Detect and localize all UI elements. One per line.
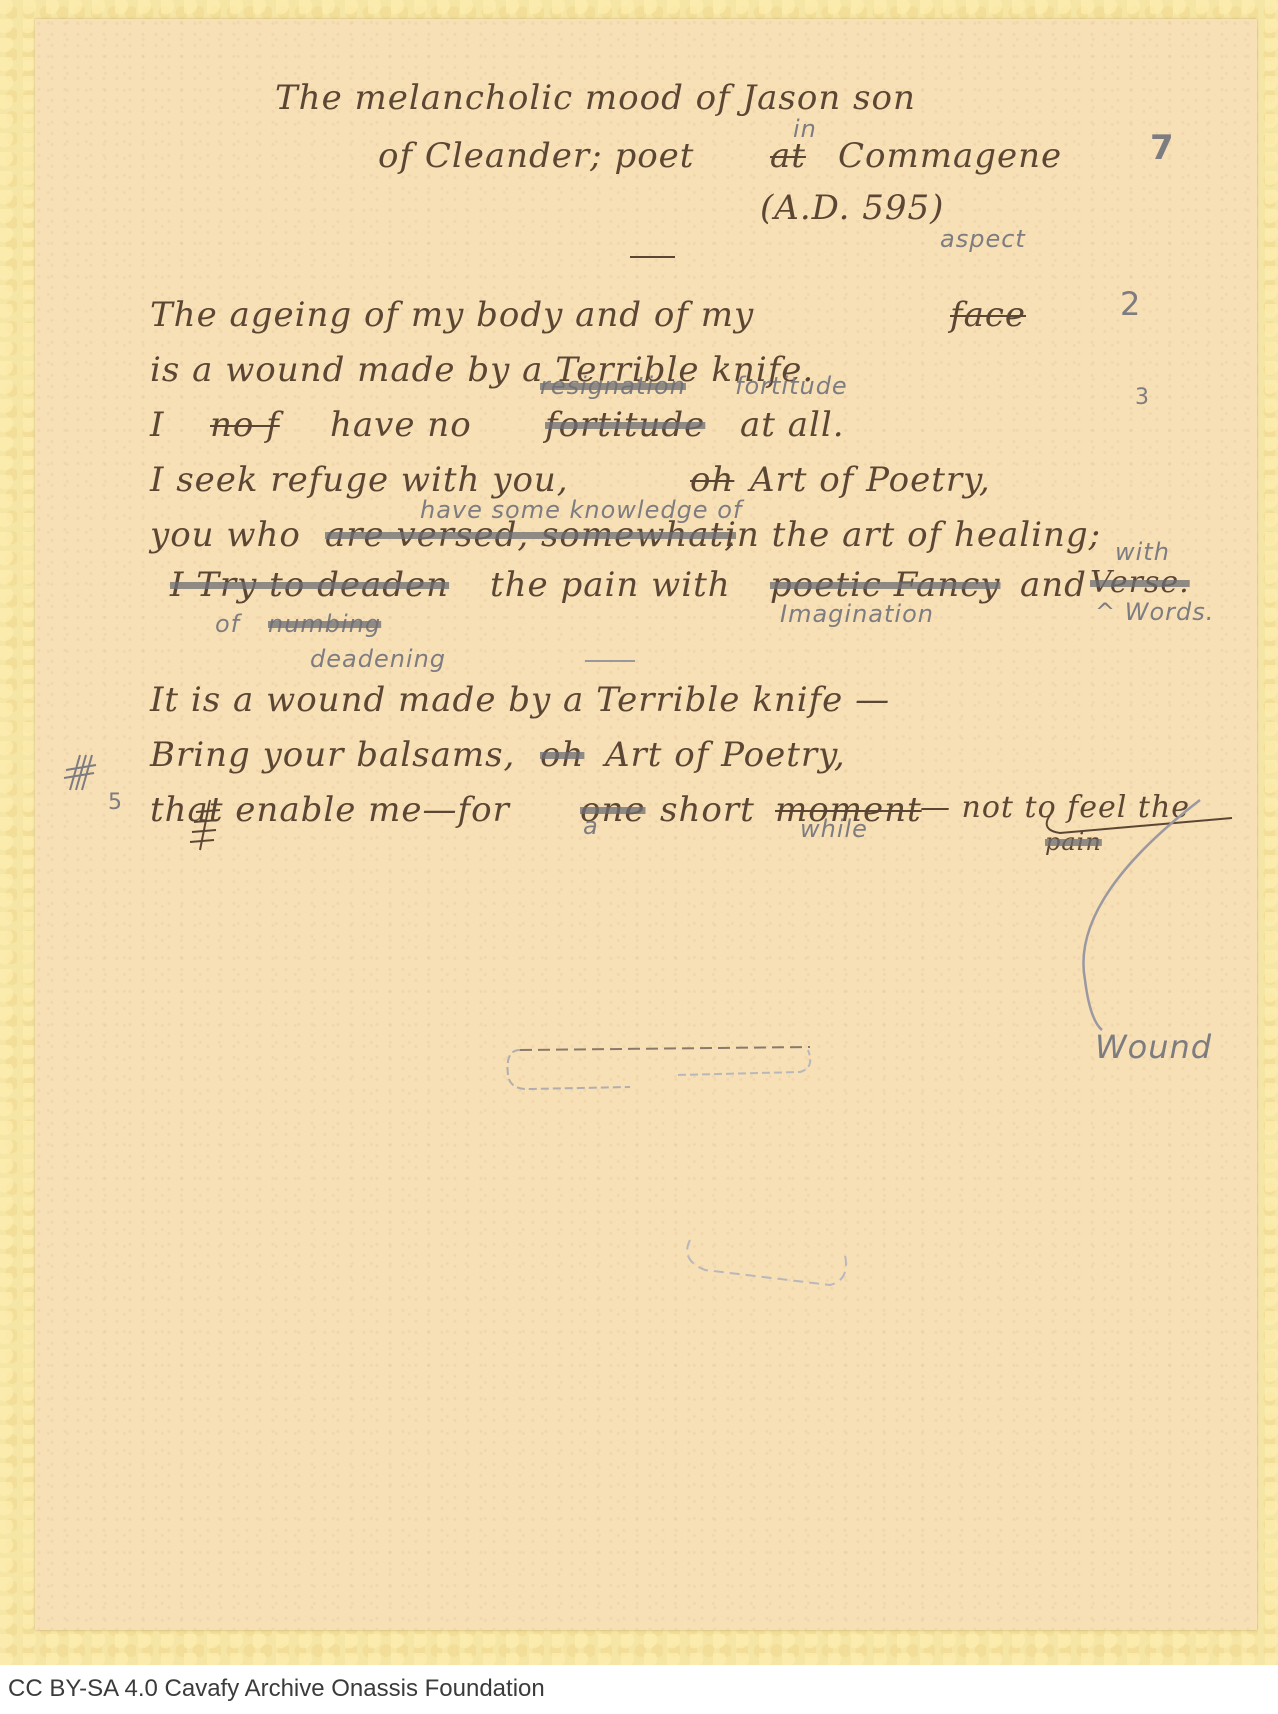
license-caption: CC BY-SA 4.0 Cavafy Archive Onassis Foun… [8,1675,545,1703]
manuscript-strokes [0,0,1278,1714]
